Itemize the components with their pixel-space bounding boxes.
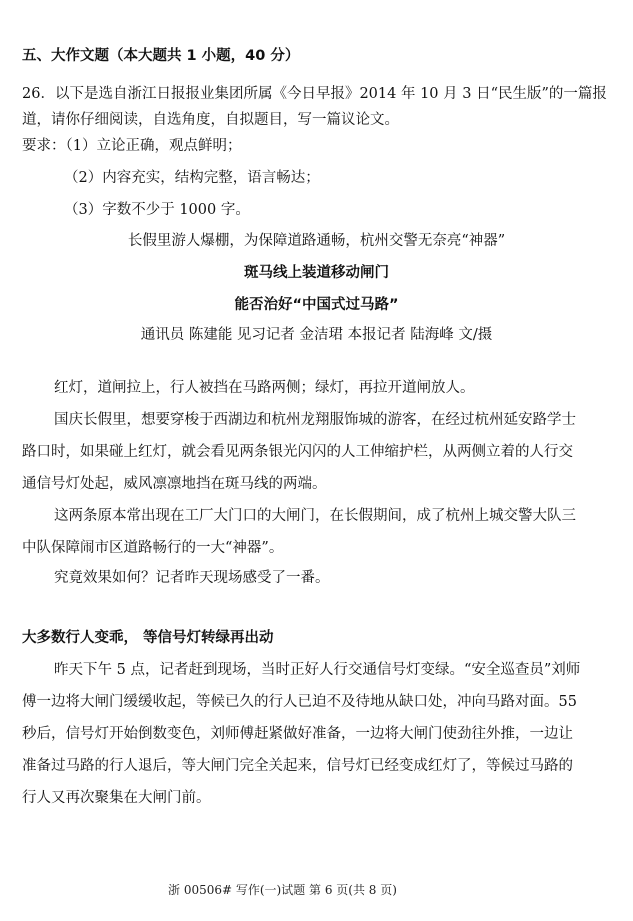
requirement-2: （2）内容充实，结构完整，语言畅达； xyxy=(64,168,320,188)
article-paragraph-5-line-3: 秒后，信号灯开始倒数变色，刘师傅赶紧做好准备，一边将大闸门使劲往外推，一边让 xyxy=(22,724,573,744)
article-paragraph-2-line-2: 路口时，如果碰上红灯，就会看见两条银光闪闪的人工伸缩护栏，从两侧立着的人行交 xyxy=(22,442,573,462)
article-paragraph-3-line-1: 这两条原本常出现在工厂大门口的大闸门，在长假期间，成了杭州上城交警大队三 xyxy=(54,506,576,526)
article-paragraph-5-line-4: 准备过马路的行人退后，等大闸门完全关起来，信号灯已经变成红灯了，等候过马路的 xyxy=(22,756,573,776)
article-paragraph-5-line-1: 昨天下午 5 点，记者赶到现场，当时正好人行交通信号灯变绿。“安全巡查员”刘师 xyxy=(54,660,580,680)
article-paragraph-2-line-3: 通信号灯处起，威风凛凛地挡在斑马线的两端。 xyxy=(22,474,327,494)
question-text-line-2: 道，请你仔细阅读，自选角度，自拟题目，写一篇议论文。 xyxy=(22,110,399,130)
article-paragraph-2-line-1: 国庆长假里，想要穿梭于西湖边和杭州龙翔服饰城的游客，在经过杭州延安路学士 xyxy=(54,410,576,430)
article-paragraph-5-line-5: 行人又再次聚集在大闸门前。 xyxy=(22,788,211,808)
requirement-3: （3）字数不少于 1000 字。 xyxy=(64,200,250,220)
article-paragraph-5-line-2: 傅一边将大闸门缓缓收起，等候已久的行人已迫不及待地从缺口处，冲向马路对面。55 xyxy=(22,692,577,712)
page-footer: 浙 00506# 写作(一)试题 第 6 页(共 8 页) xyxy=(168,880,397,900)
requirement-1: 要求：（1）立论正确，观点鲜明； xyxy=(22,136,241,156)
question-text-line-1: 26．以下是选自浙江日报报业集团所属《今日早报》2014 年 10 月 3 日“… xyxy=(22,84,607,104)
article-title-line-2: 能否治好“中国式过马路” xyxy=(0,295,633,315)
article-title-line-1: 斑马线上装道移动闸门 xyxy=(0,263,633,283)
article-paragraph-3-line-2: 中队保障闹市区道路畅行的一大“神器”。 xyxy=(22,538,283,558)
article-paragraph-1: 红灯，道闸拉上，行人被挡在马路两侧；绿灯，再拉开道闸放人。 xyxy=(54,378,475,398)
section-heading: 五、大作文题（本大题共 1 小题，40 分） xyxy=(22,46,299,66)
article-kicker: 长假里游人爆棚，为保障道路通畅，杭州交警无奈亮“神器” xyxy=(0,231,633,251)
article-byline: 通讯员 陈建能 见习记者 金洁珺 本报记者 陆海峰 文/摄 xyxy=(0,325,633,345)
article-subheading: 大多数行人变乖， 等信号灯转绿再出动 xyxy=(22,628,274,648)
article-paragraph-4: 究竟效果如何？记者昨天现场感受了一番。 xyxy=(54,568,330,588)
